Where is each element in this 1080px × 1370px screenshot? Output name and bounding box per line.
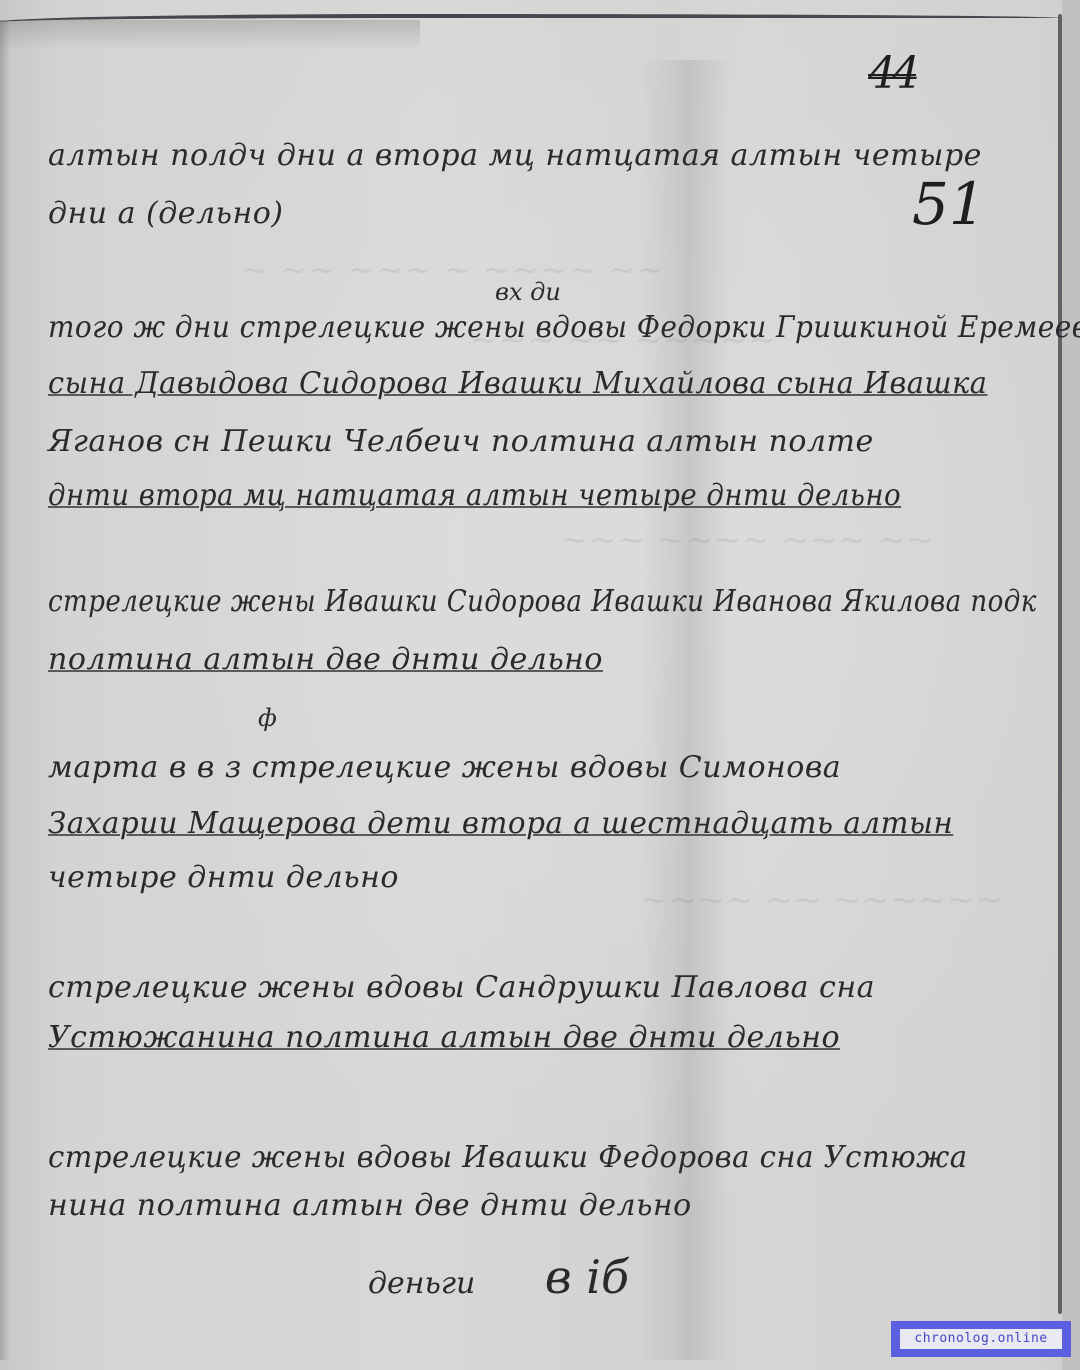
bleed-through-text: ~~~~ ~~ ~~~~~~ (640, 880, 1003, 920)
superscript-note: вх ди (495, 278, 561, 306)
watermark-badge[interactable]: chronolog.online (891, 1321, 1071, 1357)
manuscript-line: днти втора мц натцатая алтын четыре днти… (48, 478, 901, 513)
manuscript-line: Захарии Мащерова дети втора а шестнадцат… (48, 806, 953, 841)
manuscript-line: дни а (дельно) (48, 196, 284, 231)
bleed-through-text: ~ ~~ ~~~ ~ ~~~~ ~~ (240, 250, 664, 290)
manuscript-line: Яганов сн Пешки Челбеич полтина алтын по… (48, 424, 874, 459)
page-left-shadow (0, 20, 10, 1360)
manuscript-line: стрелецкие жены вдовы Ивашки Федорова сн… (48, 1140, 968, 1175)
manuscript-line: Устюжанина полтина алтын две днти дельно (48, 1020, 840, 1055)
manuscript-line: нина полтина алтын две днти дельно (48, 1188, 692, 1223)
page-top-shadow (0, 20, 420, 50)
closing-label: деньги (368, 1266, 475, 1301)
closing-number: в іб (545, 1250, 629, 1304)
bleed-through-text: ~~~ ~~~~ ~~~ ~~ (560, 520, 934, 560)
manuscript-line: стрелецкие жены вдовы Сандрушки Павлова … (48, 970, 875, 1005)
manuscript-line: марта в в з стрелецкие жены вдовы Симоно… (48, 750, 841, 785)
watermark-text[interactable]: chronolog.online (900, 1329, 1062, 1349)
manuscript-line: полтина алтын две днти дельно (48, 642, 603, 677)
manuscript-line: стрелецкие жены Ивашки Сидорова Ивашки И… (48, 584, 1037, 619)
manuscript-line: того ж дни стрелецкие жены вдовы Федорки… (48, 310, 1080, 345)
closing-total: деньги в іб (368, 1250, 629, 1304)
manuscript-page: ~ ~~ ~~~ ~ ~~~~ ~~ ~~~ ~~ ~~~~~ ~~~ ~~~~… (0, 0, 1080, 1370)
superscript-note: ф (258, 704, 277, 732)
manuscript-line: сына Давыдова Сидорова Ивашки Михайлова … (48, 366, 987, 401)
manuscript-line: четыре днти дельно (48, 860, 399, 895)
manuscript-line: алтын полдч дни а втора мц натцатая алты… (48, 138, 982, 173)
folio-number-new: 51 (912, 170, 986, 238)
folio-number-old: 44 (868, 48, 916, 99)
page-right-margin (1062, 0, 1080, 1370)
